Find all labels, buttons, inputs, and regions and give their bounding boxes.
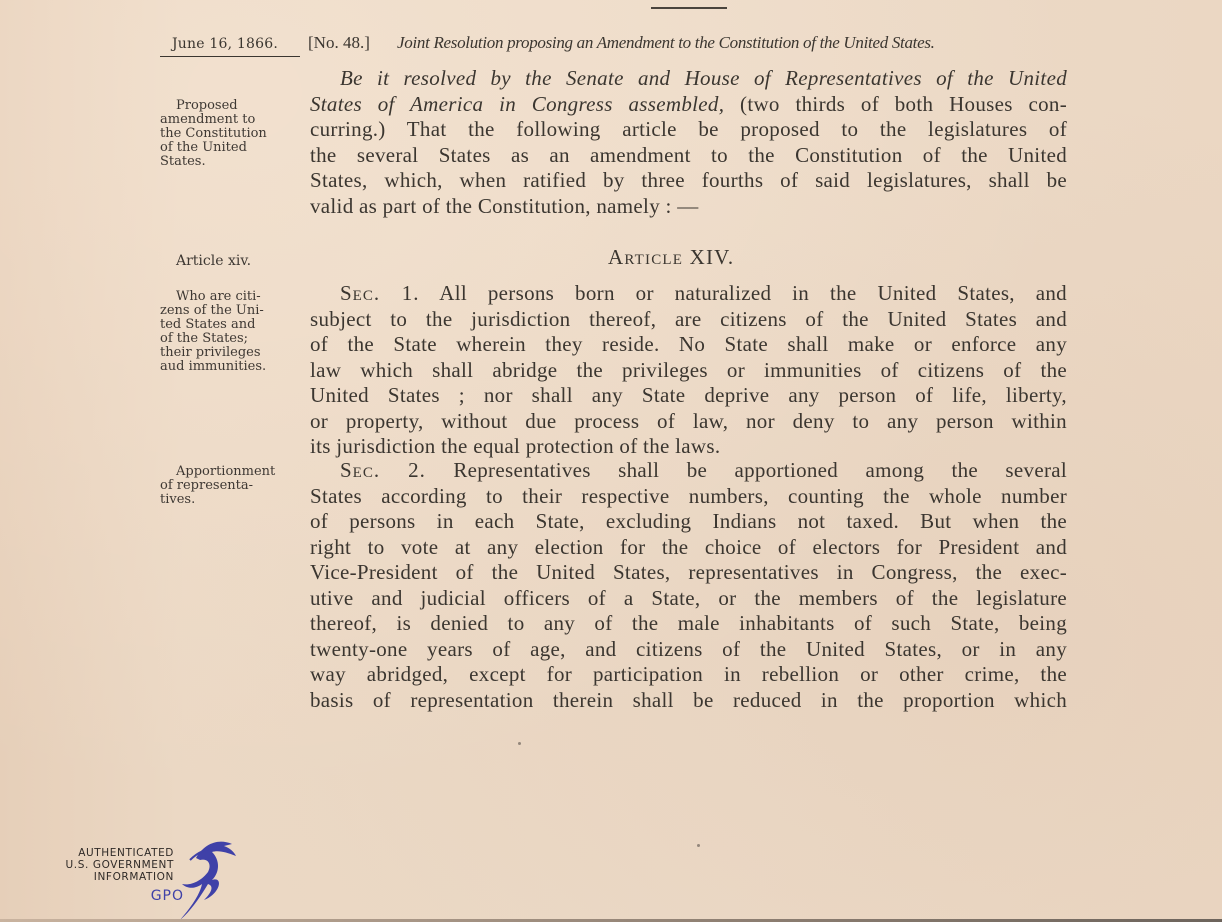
section-line: right to vote at any election for the ch… [310, 535, 1067, 561]
resolution-title: Joint Resolution proposing an Amendment … [397, 33, 935, 53]
section-line: or property, without due process of law,… [310, 409, 1067, 435]
margin-note-line: zens of the Uni- [160, 304, 300, 318]
margin-note-line: Who are citi- [160, 290, 300, 304]
margin-note-line: Article xiv. [160, 254, 300, 268]
paper-speck [518, 742, 521, 745]
section-line: United States ; nor shall any State depr… [310, 383, 1067, 409]
article-heading: Article XIV. [608, 245, 734, 270]
section-text: Representatives shall be apportioned amo… [453, 458, 1067, 482]
margin-note-line: tives. [160, 493, 300, 507]
section-1: Sec. 1. All persons born or naturalized … [310, 281, 1067, 460]
seal-text-government: U.S. GOVERNMENT [65, 859, 174, 871]
section-line: Vice-President of the United States, rep… [310, 560, 1067, 586]
eagle-icon [174, 836, 238, 922]
seal-text-authenticated: AUTHENTICATED [78, 847, 174, 859]
resolution-number: [No. 48.] [308, 33, 370, 53]
preamble-line: States of America in Congress assembled,… [310, 92, 1067, 118]
preamble-line: the several States as an amendment to th… [310, 143, 1067, 169]
section-line: twenty-one years of age, and citizens of… [310, 637, 1067, 663]
margin-note-line: States. [160, 155, 300, 169]
paper-speck [697, 844, 700, 847]
preamble-line-roman: (two thirds of both Houses con- [740, 92, 1067, 116]
section-2: Sec. 2. Representatives shall be apporti… [310, 458, 1067, 713]
preamble-line: valid as part of the Constitution, namel… [310, 194, 1067, 220]
section-text: All persons born or naturalized in the U… [439, 281, 1067, 305]
margin-note-line: of representa- [160, 479, 300, 493]
seal-text-information: INFORMATION [94, 871, 174, 883]
margin-note-line: amendment to [160, 113, 300, 127]
section-line: way abridged, except for participation i… [310, 662, 1067, 688]
section-line: basis of representation therein shall be… [310, 688, 1067, 714]
section-line: of the State wherein they reside. No Sta… [310, 332, 1067, 358]
gpo-authentication-seal: AUTHENTICATED U.S. GOVERNMENT INFORMATIO… [56, 836, 236, 922]
section-label: Sec. 1. [340, 281, 419, 305]
section-line: law which shall abridge the privileges o… [310, 358, 1067, 384]
preamble-line: Be it resolved by the Senate and House o… [310, 66, 1067, 92]
section-label: Sec. 2. [340, 458, 426, 482]
section-line: subject to the jurisdiction thereof, are… [310, 307, 1067, 333]
margin-note-line: aud immunities. [160, 360, 300, 374]
preamble-line: curring.) That the following article be … [310, 117, 1067, 143]
section-line: utive and judicial officers of a State, … [310, 586, 1067, 612]
margin-note-apportionment: Apportionment of representa- tives. [160, 465, 300, 507]
margin-note-line: Apportionment [160, 465, 300, 479]
section-line: Sec. 1. All persons born or naturalized … [310, 281, 1067, 307]
preamble: Be it resolved by the Senate and House o… [310, 66, 1067, 219]
margin-note-citizens: Who are citi- zens of the Uni- ted State… [160, 290, 300, 374]
margin-note-article: Article xiv. [160, 254, 300, 268]
margin-note-line: of the United [160, 141, 300, 155]
margin-note-line: ted States and [160, 318, 300, 332]
preamble-line: States, which, when ratified by three fo… [310, 168, 1067, 194]
header-date: June 16, 1866. [172, 36, 278, 52]
section-line: of persons in each State, excluding Indi… [310, 509, 1067, 535]
margin-note-line: the Constitution [160, 127, 300, 141]
section-line: States according to their respective num… [310, 484, 1067, 510]
margin-note-line: Proposed [160, 99, 300, 113]
section-line: its jurisdiction the equal protection of… [310, 434, 1067, 460]
section-line: thereof, is denied to any of the male in… [310, 611, 1067, 637]
top-rule [651, 7, 727, 9]
preamble-line-italic: States of America in Congress assembled, [310, 92, 724, 116]
margin-note-line: of the States; [160, 332, 300, 346]
date-underline [160, 56, 300, 57]
margin-note-proposed-amendment: Proposed amendment to the Constitution o… [160, 99, 300, 169]
page-header: June 16, 1866. [No. 48.] Joint Resolutio… [160, 33, 1075, 57]
margin-note-line: their privileges [160, 346, 300, 360]
section-line: Sec. 2. Representatives shall be apporti… [310, 458, 1067, 484]
